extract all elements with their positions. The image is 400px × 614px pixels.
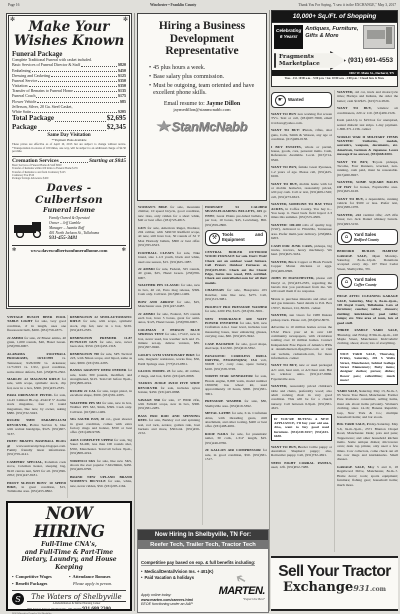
classified-ad: CHAINSAW for sale, Husqvarna 455 Rancher… (205, 288, 267, 301)
classified-ad: WANTED, sun visors for 1988 Dakota picku… (271, 313, 332, 322)
classified-ad: WANT TO BUY, new or used packaged A/C un… (271, 363, 332, 381)
classified-ad: PARA ORDNANCE PISTOL for sale, 14-45 Lim… (7, 393, 66, 415)
package-heading: Funeral Package (12, 50, 126, 58)
hammer-icon: ⚒ (209, 233, 220, 244)
classified-ad: NORINCO SKS for sale, like new SKS, shoo… (70, 459, 132, 472)
funeral-home-script: Funeral Home (12, 206, 126, 214)
bullet-item: •Attendance Bonuses (69, 574, 126, 579)
classifieds-column-3-right: WANTED, old car, truck and motorcycle ti… (337, 90, 398, 552)
classified-ad: WANTED, reasonably priced children's tab… (271, 384, 332, 410)
price-list: Basic Services of Funeral Director & Sta… (12, 62, 126, 114)
funeral-package-ad: ✻ ✻ Make Your Wishes Known Funeral Packa… (6, 13, 132, 309)
classified-ad: WANT TO BUY, a dependable, running vehic… (337, 197, 398, 210)
org-phone: 931.680.2300 (82, 606, 111, 612)
benefits-right: •Attendance Bonuses Please apply in pers… (69, 574, 126, 587)
classified-ad: CENTRAL BOILER OUTDOOR WOOD FURNACE for … (205, 250, 267, 285)
classified-ad: IF YOU'RE BUYING A NEW APPLIANCE, I'll b… (271, 414, 332, 442)
price-row: Package$2,345 (12, 123, 126, 132)
apply-note: Please apply in person. (73, 581, 126, 586)
positions-bar: Reefer Tech, Trailer Tech, Tractor Tech (138, 540, 268, 549)
ad-header-bar: Now Hiring In Shelbyville, TN For: (138, 530, 268, 540)
classified-ad: WANTED, SOMEONE TO HAY TWO ACRES, in Cof… (271, 202, 332, 220)
banner-headline: 10,000+ Sq./Ft. of Shopping (272, 11, 397, 23)
classified-ad: PROJECT PRO PRESSURE WASHER for sale, 22… (205, 305, 267, 314)
classified-ad: BANKS GRAVITY DEER FEEDER for sale, hold… (70, 368, 132, 386)
cremation-details: Basic Services of Funeral Home & Staff $… (12, 164, 126, 180)
classified-ad: 22 AMMO for sale, 22 Blazer ammo, 40 gra… (7, 336, 66, 349)
detail-line: Package Savings Allowance $100 (12, 177, 126, 180)
classified-ad: YARD SALE, Saturday, May 13, 8a.m.-?, 93… (337, 389, 398, 420)
marten-now-hiring-ad: Now Hiring In Shelbyville, TN For: Reefe… (137, 529, 269, 613)
benefits-left: •Competitive Wages•Benefit Packages (12, 574, 69, 587)
totals-list: Total Package$2,695Package$2,345 (12, 114, 126, 132)
apply-info: Apply online today: www.marten.com/caree… (141, 593, 193, 607)
categories-text: Antiques, Furniture, Gifts & More (305, 25, 361, 49)
careers-url: www.marten.com/careers.html (141, 598, 193, 602)
classified-ad: HUFFY 50-INCH BOYS' 10 SPEED BIKE, in gr… (7, 481, 66, 494)
ad-headline: Sell Your Tractor (271, 564, 398, 580)
classified-ad: FREE! BRAVES BASEBALL BLOG @ www.univers… (7, 439, 66, 457)
classified-ad: RUGER 9MM PARABELLUM REVOLVER, Police Se… (7, 418, 66, 436)
classified-ad: Wants to purchase minerals and other oil… (271, 297, 332, 310)
exchange-logo: Exchange931.com (271, 580, 398, 596)
classified-ad: BASS PRO ROD AND SPINNING REEL for sale,… (138, 414, 200, 436)
stanmcnabb-logo: ★ StanMcNabb (143, 117, 261, 135)
classified-ad: WORLD WAR II MILITARY ITEMS WANTED: Unif… (337, 135, 398, 157)
classified-ad: BOW AND ARROW for sale, $25, Manchester … (138, 300, 200, 309)
column-rule (269, 10, 270, 611)
ad-title: Hiring a Business Development Representa… (143, 20, 261, 58)
classified-ad: GOLD'S GYM STATIONARY BIKE for sale, mag… (138, 353, 200, 366)
classified-ad: WANTED, Black Copper or Black French Cop… (271, 260, 332, 273)
classified-ad: COLEMAN 8 PERSON BLUE SPRINGS TENT for s… (138, 328, 200, 350)
bullet-item: •Competitive Wages (12, 574, 69, 579)
classifieds-column-2-left: WOMAN'S BIKE for sale, mountain climber,… (138, 205, 200, 525)
classified-ad: HORNADY 54 CALIBER MUZZLELOADING BULLETS… (205, 205, 267, 227)
arrow-sign: Fragments Marketplace (274, 51, 346, 70)
classified-ad: BRAND NEW UPLAND BRAND WOMEN'S BICYCLE f… (70, 475, 132, 488)
classified-ad: ALABAMA FOOTBALL PROGRAMS, 10/14/1995 vs… (7, 352, 66, 374)
classified-ad: CASE BACKHOE for sale, good shape, shed … (205, 342, 267, 351)
ornament-icon: ✻ (123, 16, 128, 23)
classified-ad: GUN for sale, American Ruger, Predator, … (138, 226, 200, 248)
classified-ad: BEDFORD BUILDS HABITAT GARAGE SALE, Open… (337, 249, 398, 271)
classified-ad: JOHN IN MANCHESTER, please call Darryl a… (271, 276, 332, 294)
classified-ad: CAMPERS' SPECIAL, Coleman cook stove, Co… (7, 460, 66, 478)
classified-ad: WANTED, SOME SQUARE BALES OF HAY for hor… (337, 180, 398, 193)
yard-sale-lamp-icon: ⌂ (341, 232, 352, 243)
bullet-item: •45 plus hours a week. (149, 65, 259, 72)
classified-ad: 22 AMMO for sale, Federal, 325 rounds ea… (138, 312, 200, 325)
classified-ad: WANT TO BUY: Pistols, rifles, shot guns,… (271, 128, 332, 141)
classified-ad: WANT TO BUY, Border Collie puppy or Aust… (271, 445, 332, 458)
funeral-phone: 931-455-3481 (49, 236, 126, 243)
hearse-carriage-icon (12, 220, 46, 238)
region-label: Winchester • Franklin County (150, 3, 196, 7)
fragments-hours: Tues. - Fri. 10:00 a.m. - 5:00 p.m. • Sa… (272, 76, 397, 81)
swan-logo-icon: S (12, 593, 24, 605)
classified-ad: Cash paid-Up to $25/box for unexpired, s… (337, 118, 398, 131)
payment-note: **Payment Plans Available (12, 138, 126, 142)
fragments-marketplace-ad: 10,000+ Sq./Ft. of Shopping Celebrating … (271, 10, 398, 87)
bullet-item: •Benefit Packages (12, 581, 69, 586)
funeral-website-bar: ✻ www.davesculbertsonfuneralhome.com ✻ (12, 245, 126, 254)
marten-arrow-icon: ➔ (237, 575, 246, 580)
classifieds-column-2-right: HORNADY 54 CALIBER MUZZLELOADING BULLETS… (205, 205, 267, 525)
classified-ad: WANTED, .222 varmint rifle; .223 rifle b… (337, 213, 398, 226)
classified-ad: Advertise to 10 million homes across the… (271, 325, 332, 360)
classified-ad: SIG SAUER P229, 40 cal., great shooter i… (70, 417, 132, 435)
classified-ad: WANT TO BUY non working flat screen TV's… (271, 112, 332, 125)
column-rule (134, 13, 135, 611)
classified-ad: TAURUS JUDGE 45/410 FIVE SHOT REVOLVER f… (138, 381, 200, 394)
classified-ad: METAL LATHE for sale, 6 in. Craftsman At… (205, 411, 267, 429)
page-number: Page 16 (8, 3, 19, 7)
classified-ad: WANT TO BUY, Toyota pickups, Tacoma, Fou… (337, 160, 398, 178)
classified-ad: REMINGTON PREMIER 11-87 PC7921139 GUN fo… (70, 336, 132, 349)
classified-ad: WALTHER PPS M2 for sale, new in box, Wal… (70, 401, 132, 414)
classified-ad: REMINGTON 22 SEMI-AUTOMATIC RIFLE for sa… (70, 315, 132, 333)
cremation-row: Cremation Services Starting at $845 (12, 156, 126, 165)
classified-ad: VINTAGE BUSCH BEER POOL TABLE LIGHT for … (7, 315, 66, 333)
classified-ad: GLOCK MODEL 23 for sale, 40 caliber, 2 m… (138, 369, 200, 378)
classified-ad: CASH FOR JUNK CARS, pickups, big trucks,… (271, 244, 332, 257)
email-address: jaymedillon@stanmcnabb.com (143, 107, 261, 112)
ornament-icon: ✻ (122, 247, 126, 253)
classified-ad: 22 AMMO for sale, Federal, 325 rounds, 4… (138, 267, 200, 280)
classified-ad: WOMAN'S BIKE for sale, mountain climber,… (138, 205, 200, 223)
section-badge-tools-equipment: ⚒Tools and Equipment (205, 230, 267, 246)
ad-title: Make Your Wishes Known (12, 20, 126, 48)
classified-ad: SAVAGE 93R for sale, 17 HMR rifle, with … (138, 398, 200, 411)
classified-ad: WALTHER PPS CLASSIC for sale, new in box… (138, 283, 200, 296)
section-badge-yard-sales-coffee: ⌂Yard SalesCoffee County (337, 274, 398, 290)
yard-sale-lamp-icon: ⌂ (341, 277, 352, 288)
classified-ad: WANTED, old car, truck and motorcycle ti… (337, 90, 398, 103)
org-subtitle: A Rehabilitation & Skilled Nursing Cente… (27, 602, 126, 605)
classified-ad: PRESSURE WASHER for sale, $80, Shelbyvil… (205, 399, 267, 408)
marten-logo: ➔ MARTEN. "Expect the Best" (219, 568, 265, 601)
classified-ad: WANT TO BUY, mobile home with lot or mob… (271, 182, 332, 200)
classified-ad: PANASONIC CORDLESS DRILL DRIVER, EY6432N… (205, 354, 267, 372)
bullet-item: •Base salary plus commission. (149, 74, 259, 81)
price-row: Total Package$2,695 (12, 114, 126, 123)
classified-ad: RUGER 22 CAL for sale, target pistol, in… (70, 389, 132, 398)
classified-ad: ROOF NAILS for sale, for pneumatic naile… (205, 432, 267, 445)
classified-ad: NORTH STAR GENERATOR for sale, Honda eng… (205, 374, 267, 396)
benefits-intro: Competitive pay based on exp. & full ben… (141, 560, 255, 566)
classified-ad: BIG YARD SALE, Friday-Saturday, May 5-6,… (337, 422, 398, 461)
marten-slogan: "Expect the Best" (219, 597, 265, 601)
star-icon: ★ (155, 117, 172, 135)
funeral-home-details: Family Owned & Operated Owner – Jeff Gam… (49, 216, 126, 243)
classified-ad: 20 GALLON AIR COMPRESSOR for sale, in go… (205, 448, 267, 461)
classified-ad: NICE YARD SALE, Thursday, Friday, Saturd… (337, 349, 398, 386)
section-badge-wanted: ☛Wanted (271, 92, 332, 108)
classified-ad: REMINGTON 700 for sale, SPS Tactical 223… (70, 352, 132, 365)
masthead-tagline: Thank You For Saying, "I saw it in the E… (298, 3, 396, 7)
section-badge-yard-sales-bedford: ⌂Yard SalesBedford County (337, 229, 398, 245)
classified-ad: MARLIN .22 MAGNUM RIFLE for sale, with s… (7, 377, 66, 390)
sell-your-tractor-ad: Sell Your Tractor Exchange931.com (271, 556, 398, 611)
classified-ad: WANT TO BUY, female Great Pyrenees, 1-2 … (271, 165, 332, 178)
classified-ad: FOOTBALL CLEATS for sale, Nike brand, si… (138, 251, 200, 264)
classified-ad: WANT TO BUY, window air conditioners, 22… (337, 106, 398, 115)
stanmcnabb-logo-text: StanMcNabb (171, 119, 247, 134)
classified-ad: NEED EIGHT CORRAL PANELS, used, 12ft. (9… (271, 461, 332, 470)
fragments-phone: (931) 691-4553 (346, 57, 395, 64)
ornament-icon: ✻ (12, 247, 16, 253)
classifieds-column-1-right: REMINGTON 22 SEMI-AUTOMATIC RIFLE for sa… (70, 315, 132, 498)
ornament-icon: ✻ (10, 16, 15, 23)
classified-ad: AR15 COMPLETE UPPER for sale, Sig Sauer … (70, 438, 132, 456)
classified-ad: GARAGE SALE, May 5 and 6, 18 Regalwood D… (337, 465, 398, 487)
job-bullet-list: •45 plus hours a week.•Base salary plus … (149, 65, 259, 97)
furniture-photo (363, 25, 395, 49)
business-development-ad: Hiring a Business Development Representa… (137, 13, 267, 201)
funeral-home-name: Daves - Culbertson (12, 182, 126, 206)
classified-ad: NEW ENDURANCE 600 WATT POWER INVERTER fo… (205, 317, 267, 339)
org-name: The Waters of Shelbyville (27, 593, 126, 602)
column-rule (334, 90, 335, 552)
classifieds-column-1-left: VINTAGE BUSCH BEER POOL TABLE LIGHT for … (7, 315, 66, 498)
classified-ad: HUGE ATTIC CLEANING GARAGE SALE, Saturda… (337, 294, 398, 325)
classifieds-column-3-left: ☛WantedWANT TO BUY non working flat scre… (271, 90, 332, 552)
column-rule (202, 205, 203, 525)
classified-ad: WANTED: 100-200 rolls of quality hay, (5… (271, 223, 332, 241)
waters-now-hiring-ad: NOW HIRING Full-Time CNA's, and Full-Tim… (6, 501, 132, 611)
funeral-website: www.davesculbertsonfuneralhome.com (31, 248, 108, 253)
bullet-item: •Must be outgoing, team oriented and hav… (149, 83, 259, 97)
column-rule (67, 315, 68, 498)
ad-title: NOW HIRING (12, 505, 126, 541)
classified-ad: I BUY ESTATES, whole or partial, house, … (271, 145, 332, 163)
wanted-hand-icon: ☛ (275, 95, 286, 106)
disclaimer: These prices are effective as of April 1… (12, 143, 126, 153)
classified-ad: THREE FAMILY YARD SALE, Thursday, and Fr… (337, 328, 398, 346)
celebrating-box: Celebrating 6 Years! (274, 25, 303, 49)
